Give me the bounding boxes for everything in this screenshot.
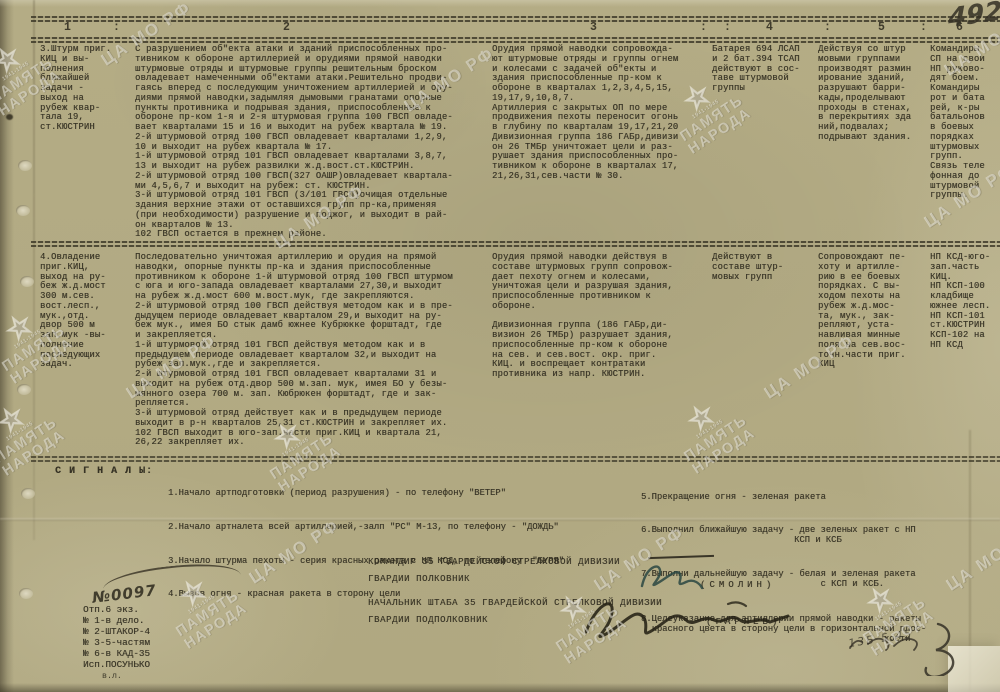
column-separator-colon: : <box>920 21 927 34</box>
commander-signature-ink <box>636 558 706 596</box>
table-cell-artillery-actions: Орудия прямой наводки сопровожда- ют шту… <box>492 45 708 182</box>
table-cell-sp-artillery: Действуют в составе штур- мовых групп <box>712 253 832 282</box>
ink-spot <box>6 114 13 120</box>
paper-top-edge <box>0 0 1000 7</box>
column-header-5: 5 <box>878 21 885 34</box>
table-cell-sp-artillery: Батарея 694 ЛСАП и 2 бат.394 ТСАП действ… <box>712 45 832 94</box>
signal-item: 6.Выполнил ближайшую задачу - две зелены… <box>641 525 999 545</box>
punch-hole <box>21 488 35 499</box>
column-header-3: 3 <box>590 21 597 34</box>
watermark-text: НАРОДА <box>690 426 758 477</box>
punch-hole <box>16 205 30 216</box>
signal-item: 2.Начало артналета всей артиллерией,-зал… <box>168 522 648 533</box>
chief-of-staff-rank: ГВАРДИИ ПОДПОЛКОВНИК <box>368 615 488 625</box>
scanned-document-page: 1 : 2 3 : : 4 : 5 : 6 3.Штурм приг. КИЦ … <box>0 0 1000 692</box>
executor-initials: в.л. <box>102 672 122 681</box>
column-separator-colon: : <box>700 21 707 34</box>
commander-rank: ГВАРДИИ ПОЛКОВНИК <box>368 574 470 584</box>
punch-hole <box>17 384 31 395</box>
table-bottom-rule <box>31 456 1000 462</box>
column-header-4: 4 <box>766 21 773 34</box>
table-cell-task: 4.Овладение приг.КИЦ, выход на ру- беж ж… <box>40 253 134 370</box>
star-icon: ★ <box>684 400 719 434</box>
watermark-years: 1941-1945 <box>695 419 724 441</box>
table-cell-engineers: Сопровождают пе- хоту и артилле- рию в е… <box>818 253 930 370</box>
column-separator-colon: : <box>724 21 731 34</box>
table-cell-infantry-actions: Последовательно уничтожая артиллерию и о… <box>135 253 489 448</box>
table-cell-command-posts: НП КСД-юго- зап.часть КИЦ. НП КСП-100 кл… <box>930 253 998 351</box>
table-cell-command-posts: Командиры СП на свои НП руково- дят боем… <box>930 45 998 201</box>
paper-left-edge-shadow <box>0 0 14 692</box>
column-separator-colon: : <box>824 21 831 34</box>
table-cell-engineers: Действуя со штур мовыми группами произво… <box>818 45 930 143</box>
handwritten-page-number: 492 <box>948 0 1000 34</box>
column-separator-colon: : <box>113 21 120 34</box>
chief-of-staff-signature-ink <box>578 592 798 647</box>
table-header-rule <box>31 37 1000 43</box>
distribution-list: Отп.6 экз. № 1-в дело. № 2-ШТАКОР-4 № 3-… <box>83 604 150 670</box>
table-cell-task: 3.Штурм приг. КИЦ и вы- полнения ближайш… <box>40 45 134 133</box>
table-top-rule <box>31 16 1000 22</box>
signal-item: 1.Начало артподготовки (период разрушени… <box>168 488 648 499</box>
signals-heading: С И Г Н А Л Ы: <box>55 466 153 477</box>
handwritten-date-flourish-ink <box>842 614 1000 676</box>
column-header-2: 2 <box>283 21 290 34</box>
pamyat-naroda-watermark: ★1941-1945ПАМЯТЬНАРОДА <box>665 387 758 477</box>
punch-hole <box>19 588 33 599</box>
table-cell-infantry-actions: С разрушением об"екта атаки и зданий при… <box>135 45 489 240</box>
punch-hole <box>20 276 34 287</box>
column-header-1: 1 <box>64 21 71 34</box>
watermark-years: 1941-1945 <box>13 329 42 351</box>
commander-title: КОМАНДИР 35 ГВАРДЕЙСКОЙ СТРЕЛКОВОЙ ДИВИЗ… <box>368 557 620 567</box>
signal-item: 5.Прекращение огня - зеленая ракета <box>641 492 999 502</box>
table-row-separator-rule <box>31 241 1000 247</box>
table-cell-artillery-actions: Орудия прямой наводки действуя в составе… <box>492 253 708 380</box>
paper-bottom-edge-shadow <box>0 683 1000 692</box>
punch-hole <box>18 160 32 171</box>
commander-name: (СМОЛИН) <box>700 580 775 590</box>
